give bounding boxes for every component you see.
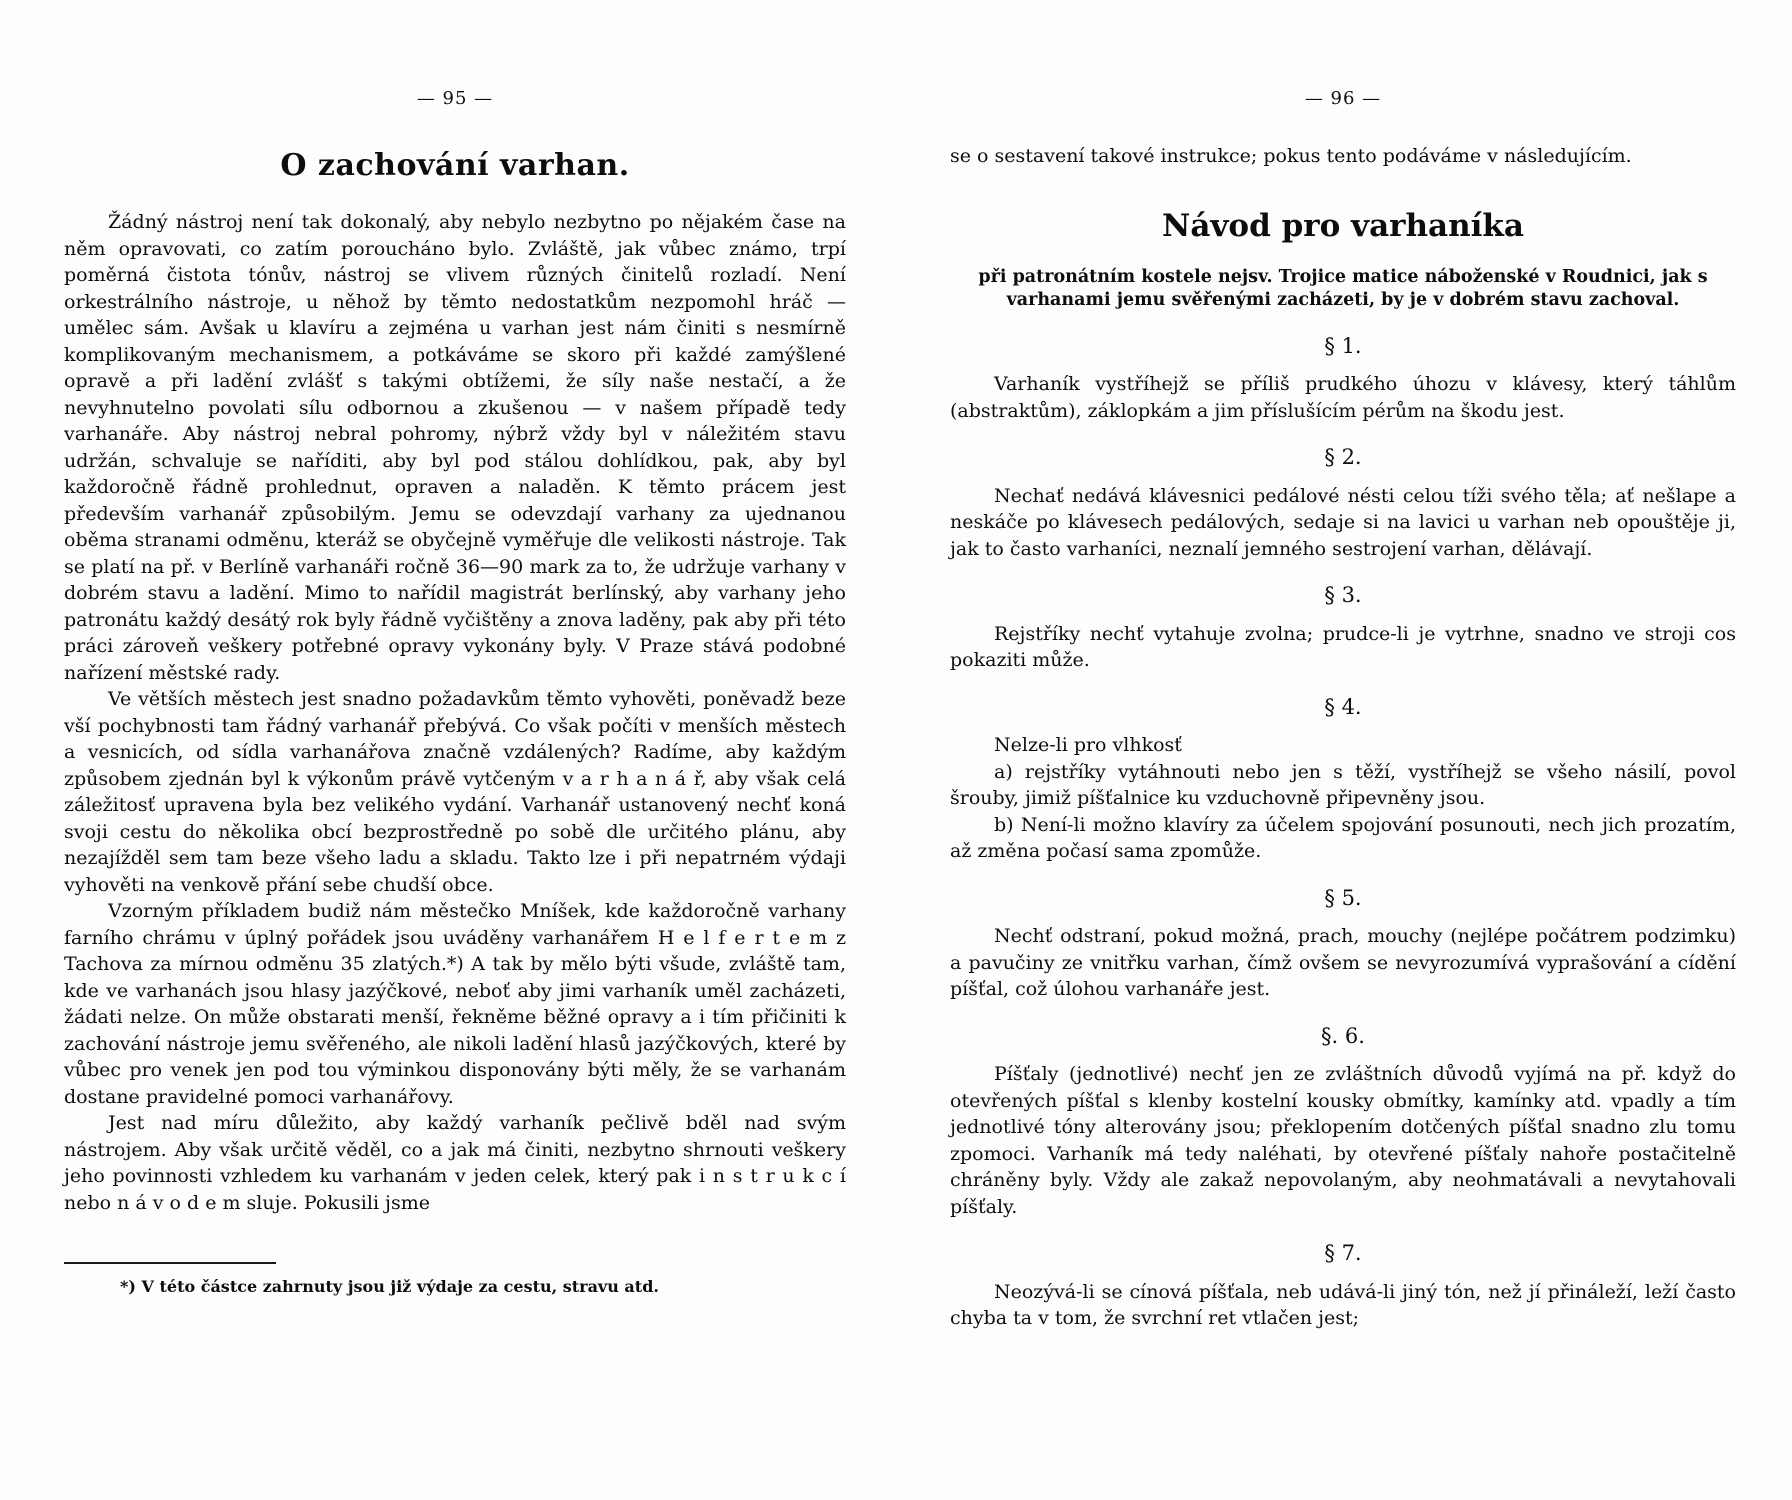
section-heading: § 3. <box>950 582 1736 609</box>
section-paragraph: Nechť odstraní, pokud možná, prach, mouc… <box>950 923 1736 1003</box>
paragraph: Ve větších městech jest snadno požadavků… <box>64 686 846 898</box>
footnote-rule <box>64 1262 276 1264</box>
section-heading: § 5. <box>950 885 1736 912</box>
section-heading: § 1. <box>950 333 1736 360</box>
chapter-title: O zachování varhan. <box>64 153 846 180</box>
paragraph: Žádný nástroj není tak dokonalý, aby neb… <box>64 209 846 686</box>
page-number-96: — 96 — <box>950 86 1736 113</box>
paragraph: Jest nad míru důležito, aby každý varhan… <box>64 1110 846 1216</box>
book-scan: — 95 — O zachování varhan. Žádný nástroj… <box>0 0 1792 1500</box>
section-list-item-a: a) rejstříky vytáhnouti nebo jen s těží,… <box>950 759 1736 812</box>
intro-continuation: se o sestavení takové instrukce; pokus t… <box>950 143 1736 170</box>
left-page: — 95 — O zachování varhan. Žádný nástroj… <box>64 86 846 1297</box>
section-paragraph: Rejstříky nechť vytahuje zvolna; prudce-… <box>950 621 1736 674</box>
section-paragraph: Píšťaly (jednotlivé) nechť jen ze zvlášt… <box>950 1061 1736 1220</box>
section-paragraph: Neozývá-li se cínová píšťala, neb udává-… <box>950 1279 1736 1332</box>
section-list-item-b: b) Není-li možno klavíry za účelem spojo… <box>950 812 1736 865</box>
paragraph: Vzorným příkladem budiž nám městečko Mní… <box>64 898 846 1110</box>
section-heading: § 2. <box>950 444 1736 471</box>
section-lead: Nelze-li pro vlhkosť <box>950 732 1736 759</box>
section-paragraph: Nechať nedává klávesnici pedálové nésti … <box>950 483 1736 563</box>
footnote-block: *) V této částce zahrnuty jsou již výdaj… <box>64 1262 846 1297</box>
guide-subtitle: při patronátním kostele nejsv. Trojice m… <box>956 266 1730 313</box>
section-heading: § 7. <box>950 1240 1736 1267</box>
right-page: — 96 — se o sestavení takové instrukce; … <box>950 86 1736 1332</box>
page-number-95: — 95 — <box>64 86 846 113</box>
section-heading: § 4. <box>950 694 1736 721</box>
footnote-text: *) V této částce zahrnuty jsou již výdaj… <box>64 1276 846 1297</box>
section-heading: §. 6. <box>950 1023 1736 1050</box>
section-paragraph: Varhaník vystříhejž se příliš prudkého ú… <box>950 371 1736 424</box>
guide-title: Návod pro varhaníka <box>950 213 1736 240</box>
